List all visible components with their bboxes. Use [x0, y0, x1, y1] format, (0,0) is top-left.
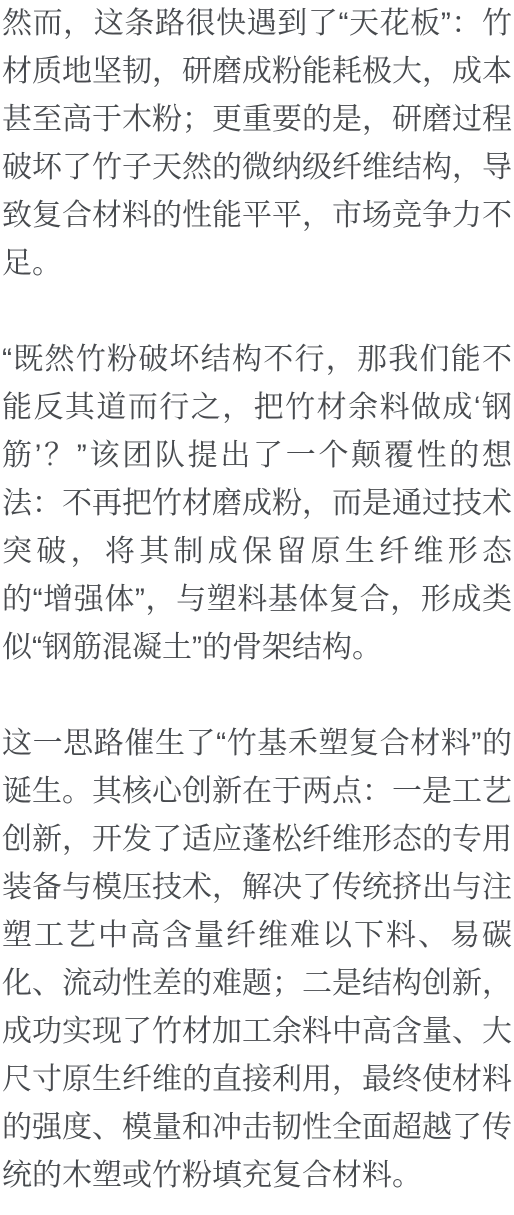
paragraph-bamboo-ceiling: 然而，这条路很快遇到了“天花板”：竹材质地坚韧，研磨成粉能耗极大，成本甚至高于木… — [2, 0, 512, 288]
paragraph-composite-innovation: 这一思路催生了“竹基禾塑复合材料”的诞生。其核心创新在于两点：一是工艺创新，开发… — [2, 720, 512, 1200]
paragraph-rebar-idea: “既然竹粉破坏结构不行，那我们能不能反其道而行之，把竹材余料做成‘钢筋’？”该团… — [2, 336, 512, 672]
article-body: 然而，这条路很快遇到了“天花板”：竹材质地坚韧，研磨成粉能耗极大，成本甚至高于木… — [0, 0, 514, 1200]
article-page: 然而，这条路很快遇到了“天花板”：竹材质地坚韧，研磨成粉能耗极大，成本甚至高于木… — [0, 0, 514, 1215]
